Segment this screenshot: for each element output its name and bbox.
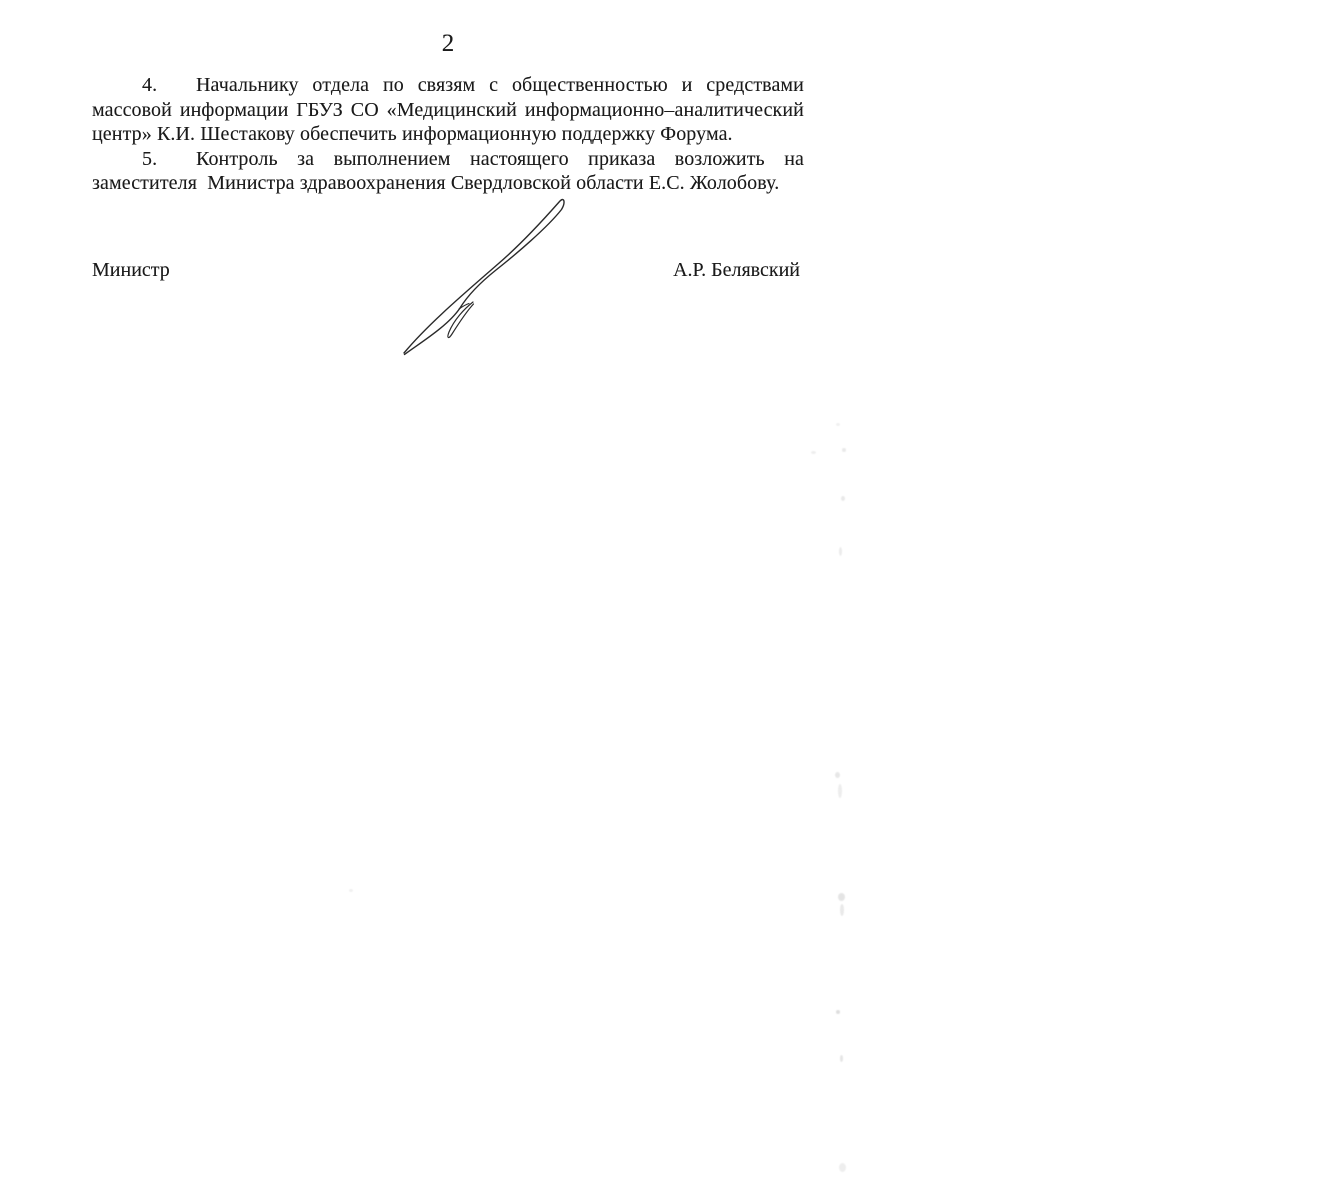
scan-speck bbox=[840, 904, 844, 916]
paragraph-5-text-line-2: заместителя Министра здравоохранения Све… bbox=[92, 172, 779, 194]
scan-speck bbox=[811, 451, 816, 454]
scanned-document-page: 2 4.Начальнику отдела по связям с общест… bbox=[0, 0, 1339, 1200]
scan-speck bbox=[836, 423, 840, 426]
paragraph-5-number: 5. bbox=[142, 147, 157, 172]
scan-speck bbox=[838, 893, 845, 901]
position-title: Министр bbox=[92, 258, 170, 282]
scan-speck bbox=[349, 889, 353, 892]
document-body: 4.Начальнику отдела по связям с обществе… bbox=[92, 73, 804, 196]
scan-speck bbox=[838, 784, 842, 798]
paragraph-4-number: 4. bbox=[142, 73, 157, 98]
paragraph-5-line-1: 5.Контроль за выполнением настоящего при… bbox=[92, 147, 804, 172]
handwritten-signature bbox=[398, 196, 568, 361]
paragraph-5-text-line-1: Контроль за выполнением настоящего прика… bbox=[196, 148, 804, 170]
scan-speck bbox=[835, 772, 840, 778]
paragraph-4-line-3: центр» К.И. Шестакову обеспечить информа… bbox=[92, 122, 804, 147]
paragraph-4-text-line-3: центр» К.И. Шестакову обеспечить информа… bbox=[92, 123, 733, 145]
paragraph-4-text-line-2: массовой информации ГБУЗ СО «Медицинский… bbox=[92, 99, 804, 121]
paragraph-4-line-2: массовой информации ГБУЗ СО «Медицинский… bbox=[92, 98, 804, 123]
scan-speck bbox=[840, 1055, 843, 1062]
scan-speck bbox=[839, 547, 842, 556]
paragraph-5-line-2: заместителя Министра здравоохранения Све… bbox=[92, 171, 804, 196]
page-number: 2 bbox=[92, 30, 804, 58]
scan-speck bbox=[842, 448, 846, 452]
scan-speck bbox=[836, 1010, 840, 1014]
paragraph-4-text-line-1: Начальнику отдела по связям с общественн… bbox=[196, 74, 804, 96]
paragraph-4-line-1: 4.Начальнику отдела по связям с обществе… bbox=[92, 73, 804, 98]
scan-speck bbox=[839, 1163, 846, 1172]
signatory-name: А.Р. Белявский bbox=[673, 258, 800, 282]
scan-speck bbox=[841, 496, 845, 501]
